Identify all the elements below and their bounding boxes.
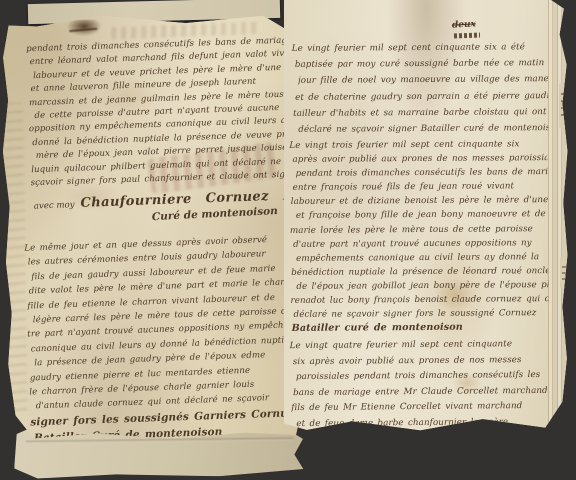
- manuscript-line: et de feue dame barbe chanfournier les p…: [296, 415, 548, 433]
- manuscript-line: baptisée par moy curé soussigné barbe né…: [295, 55, 548, 73]
- manuscript-line: déclaré ne sçavoir signer Batailler curé…: [298, 120, 548, 138]
- right-entry-baptism-act: Le vingt feurier mil sept cent cinquante…: [292, 39, 549, 138]
- right-page-scan: deux Le vingt feurier mil sept cent cinq…: [284, 0, 568, 432]
- right-entry-marriage-act: Le vingt trois feurier mil sept cent cin…: [289, 137, 548, 336]
- crossed-out-scribble: [454, 33, 480, 39]
- manuscript-line: jour fille de noel voy manoeuvre au vill…: [298, 72, 548, 90]
- manuscript-line: paroissiales pendant trois dimanches con…: [296, 368, 548, 386]
- signature-title-cure: Curé de montenoison: [152, 205, 278, 223]
- crossed-out-corner-note: [67, 20, 101, 36]
- archival-scan-photo: pendant trois dimanches consécutifs les …: [0, 0, 576, 480]
- manuscript-line: déclaré ne sçavoir signer fors le soussi…: [293, 306, 548, 322]
- book-page-edges: [548, 0, 566, 432]
- manuscript-signature-line: Batailler curé de montenoison: [292, 320, 549, 336]
- left-entry-marriage-act: pendant trois dimanches consécutifs les …: [26, 35, 293, 191]
- protruding-page-fragment: [559, 82, 572, 130]
- manuscript-line: Le vingt feurier mil sept cent cinquante…: [292, 39, 548, 57]
- signature-cornuez: Cornuez: [205, 189, 269, 206]
- manuscript-line: empêchements canonique au civil leurs ay…: [296, 250, 548, 266]
- left-entry-second-marriage-act: Le même jour et an que dessus après avoi…: [24, 232, 297, 446]
- signature-prefix: avec moy: [34, 200, 75, 211]
- manuscript-line: et françoise bony fille de jean bony man…: [296, 208, 548, 224]
- manuscript-line: et de chaterine gaudry son parrain a été…: [295, 88, 548, 106]
- right-entry-second-marriage-act: Le vingt quatre feurier mil sept cent ci…: [290, 337, 549, 433]
- protruding-page-fragment: [560, 256, 571, 290]
- left-page-scan: pendant trois dimanches consécutifs les …: [1, 11, 305, 441]
- crossed-out-page-number-note: deux: [452, 19, 476, 30]
- manuscript-line: Le vingt quatre feurier mil sept cent ci…: [290, 337, 548, 355]
- signature-chaufourniere: Chaufourniere: [80, 192, 192, 211]
- manuscript-line: fils de feu Mr Etienne Corcellet vivant …: [291, 399, 548, 417]
- manuscript-line: marie lorée les père le mère tous de cet…: [290, 222, 548, 238]
- manuscript-line: d'autre part n'ayant trouvé aucunes oppo…: [293, 236, 548, 252]
- manuscript-line: tailleur d'habits et sa marraine barbe c…: [293, 104, 548, 122]
